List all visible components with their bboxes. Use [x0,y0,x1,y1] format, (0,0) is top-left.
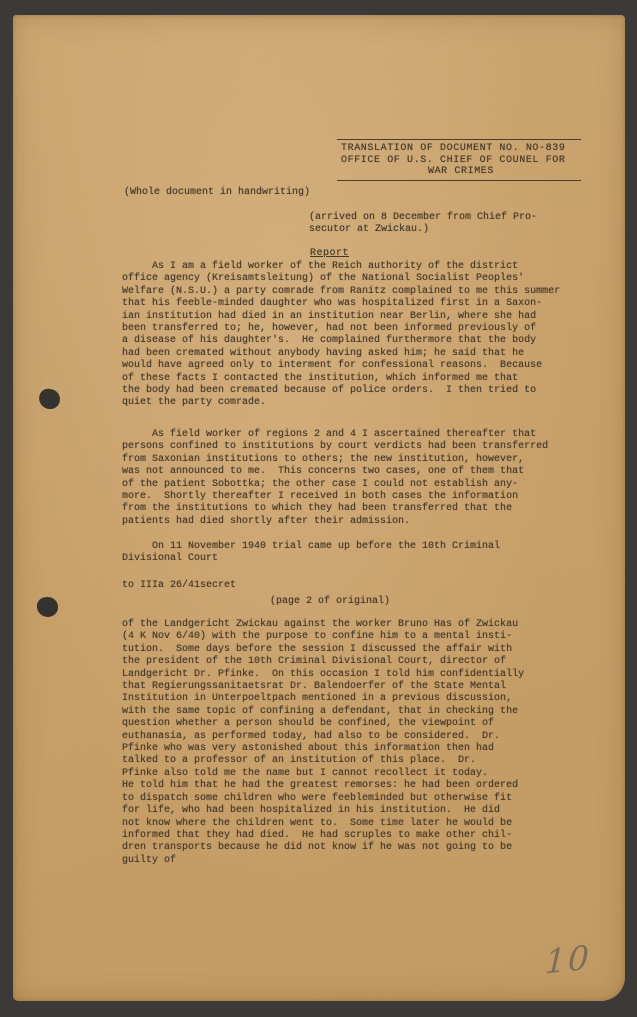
report-title: Report [310,248,349,260]
paragraph-3: On 11 November 1940 trial came up before… [122,541,500,566]
scan-background: TRANSLATION OF DOCUMENT NO. NO-839 OFFIC… [0,0,637,1017]
page-2-note: (page 2 of original) [270,596,390,608]
document-header-stamp: TRANSLATION OF DOCUMENT NO. NO-839 OFFIC… [337,139,581,181]
handwritten-page-number: 10 [544,937,591,981]
paragraph-1: As I am a field worker of the Reich auth… [122,261,560,410]
paragraph-2: As field worker of regions 2 and 4 I asc… [122,429,548,528]
reference-line: to IIIa 26/41secret [122,580,236,592]
paragraph-4: of the Landgericht Zwickau against the w… [122,619,524,867]
document-page: TRANSLATION OF DOCUMENT NO. NO-839 OFFIC… [13,15,625,1001]
paper-tear [408,1011,434,1017]
handwriting-note: (Whole document in handwriting) [124,187,310,199]
arrival-note: (arrived on 8 December from Chief Pro- s… [309,212,537,237]
header-line-3: WAR CRIMES [341,166,581,178]
header-line-2: OFFICE OF U.S. CHIEF OF COUNEL FOR [341,155,581,167]
header-line-1: TRANSLATION OF DOCUMENT NO. NO-839 [341,143,581,155]
